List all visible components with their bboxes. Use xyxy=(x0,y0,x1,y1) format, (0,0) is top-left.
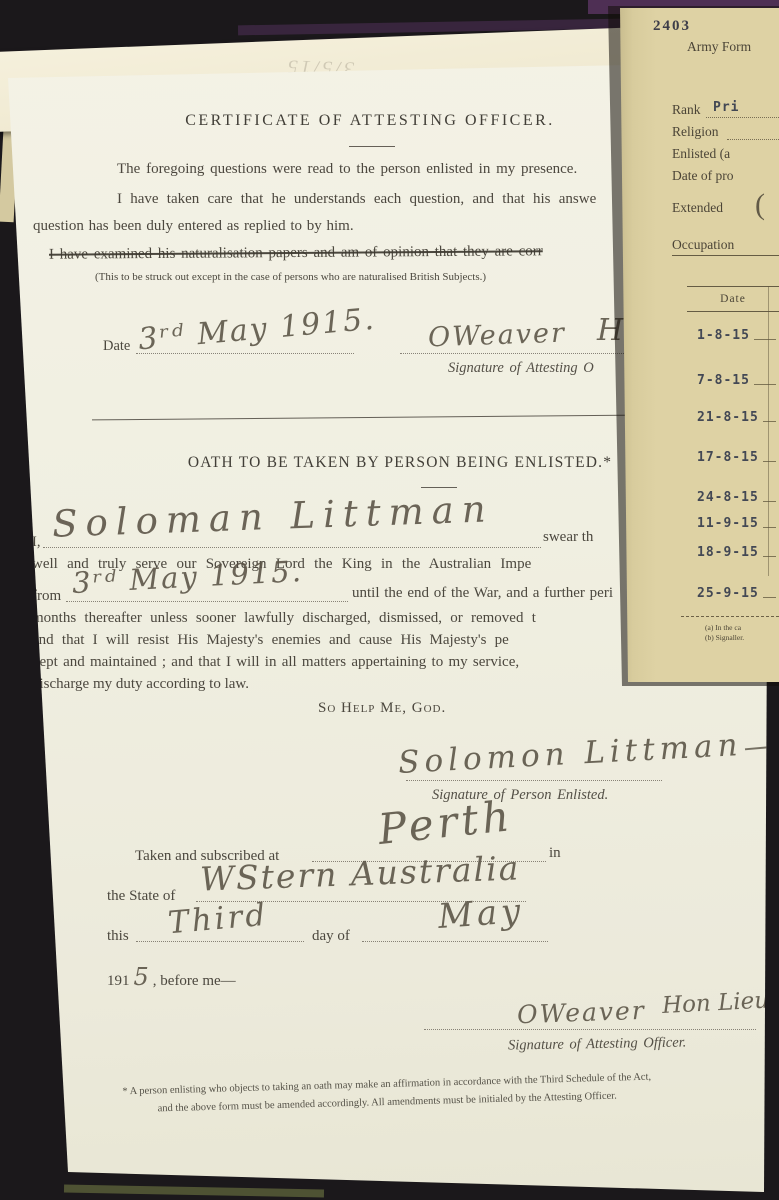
oath-line4: months thereafter unless sooner lawfully… xyxy=(32,610,536,627)
handwritten-place: Perth xyxy=(376,791,516,854)
attesting-officer-signature: OWeaver xyxy=(428,318,567,354)
attesting-signature-caption: Signature of Attesting O xyxy=(448,360,594,377)
date-row: 25-9-15 xyxy=(697,586,776,601)
handwritten-name: Soloman Littman xyxy=(51,487,494,545)
religion-dotted-line xyxy=(727,139,779,140)
date-value: 11-9-15 xyxy=(697,516,759,531)
scanned-enlistment-document: { "colors":{ "background":"#1b181b", "pa… xyxy=(0,0,779,1200)
attesting-signature-line xyxy=(400,353,648,354)
date-label: Date xyxy=(103,338,130,355)
occupation-underline xyxy=(672,255,779,256)
date-of-promotion-label: Date of pro xyxy=(672,168,733,184)
year-row: 1915, before me— xyxy=(107,963,236,991)
date-row: 18-9-15 xyxy=(697,545,776,560)
enlisted-label: Enlisted (a xyxy=(672,146,730,162)
army-form-document: 2403 Army Form Rank Pri Religion Enliste… xyxy=(617,8,779,682)
rank-label: Rank xyxy=(672,102,701,118)
handwritten-date: 3ʳᵈ May 1915. xyxy=(137,302,377,358)
bracket-glyph: ( xyxy=(755,188,765,222)
occupation-label: Occupation xyxy=(672,237,734,253)
this-label: this xyxy=(107,928,129,945)
date-row: 7-8-15 xyxy=(697,373,776,388)
religion-label: Religion xyxy=(672,124,719,140)
attesting-officer-rank: Hon Lieut xyxy=(661,987,779,1019)
before-me-label: , before me— xyxy=(153,973,236,989)
bottom-paper-sliver xyxy=(64,1185,324,1198)
date-value: 25-9-15 xyxy=(697,586,759,601)
date-row: 21-8-15 xyxy=(697,410,776,425)
oath-line7: discharge my duty according to law. xyxy=(32,676,249,693)
oath-from-label: from xyxy=(32,588,61,605)
date-value: 21-8-15 xyxy=(697,410,759,425)
heading-rule xyxy=(349,146,395,147)
section-divider-rule xyxy=(92,415,648,421)
army-form-label: Army Form xyxy=(687,39,751,55)
handwritten-day: Third xyxy=(167,897,270,942)
oath-line5: and that I will resist His Majesty's ene… xyxy=(32,632,509,649)
name-dotted-line xyxy=(43,547,541,548)
rank-dotted-line xyxy=(706,117,779,118)
rank-typed-value: Pri xyxy=(713,100,739,115)
date-column-header: Date xyxy=(687,293,779,305)
certificate-paragraph-care-1: I have taken care that he understands ea… xyxy=(117,191,596,208)
date-row: 17-8-15 xyxy=(697,450,776,465)
date-row: 1-8-15 xyxy=(697,328,776,343)
footnote-dashed-line xyxy=(681,616,779,617)
table-top-line xyxy=(687,286,779,287)
handwritten-month: May xyxy=(437,891,526,937)
attesting-signature-caption-2: Signature of Attesting Officer. xyxy=(508,1034,687,1054)
attesting-officer-signature-2: OWeaver xyxy=(517,996,647,1029)
serial-number: 2403 xyxy=(653,18,691,35)
day-of-label: day of xyxy=(312,928,350,945)
oath-heading: OATH TO BE TAKEN BY PERSON BEING ENLISTE… xyxy=(150,454,650,472)
oath-line3-end: until the end of the War, and a further … xyxy=(352,585,613,602)
affirmation-footnote: * A person enlisting who objects to taki… xyxy=(62,1067,713,1122)
state-label: the State of xyxy=(107,888,175,905)
in-label: in xyxy=(549,845,561,862)
strike-out-note: (This to be struck out except in the cas… xyxy=(95,271,486,283)
person-signature-line xyxy=(406,780,662,781)
date-value: 7-8-15 xyxy=(697,373,750,388)
date-value: 24-8-15 xyxy=(697,490,759,505)
side-footnote-b: (b) Signaller. xyxy=(705,633,744,642)
date-row: 11-9-15 xyxy=(697,516,776,531)
side-footnote-a: (a) In the ca xyxy=(705,623,741,632)
oath-line6: kept and maintained ; and that I will in… xyxy=(32,654,519,671)
certificate-paragraph-care-2: question has been duly entered as replie… xyxy=(33,218,354,235)
from-dotted-line xyxy=(66,601,348,602)
day-dotted-line xyxy=(136,941,304,942)
person-enlisted-signature: Solomon Littman xyxy=(397,727,743,781)
date-value: 18-9-15 xyxy=(697,545,759,560)
so-help-me-god: So Help Me, God. xyxy=(318,700,446,717)
certificate-paragraph-read: The foregoing questions were read to the… xyxy=(117,161,577,178)
date-value: 1-8-15 xyxy=(697,328,750,343)
oath-i-label: I, xyxy=(32,534,40,551)
extended-label: Extended xyxy=(672,200,723,216)
oath-line1-end: swear th xyxy=(543,529,593,546)
header-underline xyxy=(687,311,779,312)
date-row: 24-8-15 xyxy=(697,490,776,505)
certificate-heading: CERTIFICATE OF ATTESTING OFFICER. xyxy=(170,112,570,130)
month-dotted-line xyxy=(362,941,548,942)
year-prefix: 191 xyxy=(107,973,130,989)
handwritten-year-digit: 5 xyxy=(134,963,149,991)
date-value: 17-8-15 xyxy=(697,450,759,465)
struck-naturalisation-sentence: I have examined his naturalisation paper… xyxy=(49,243,543,263)
attesting-signature-line-2 xyxy=(424,1029,756,1030)
